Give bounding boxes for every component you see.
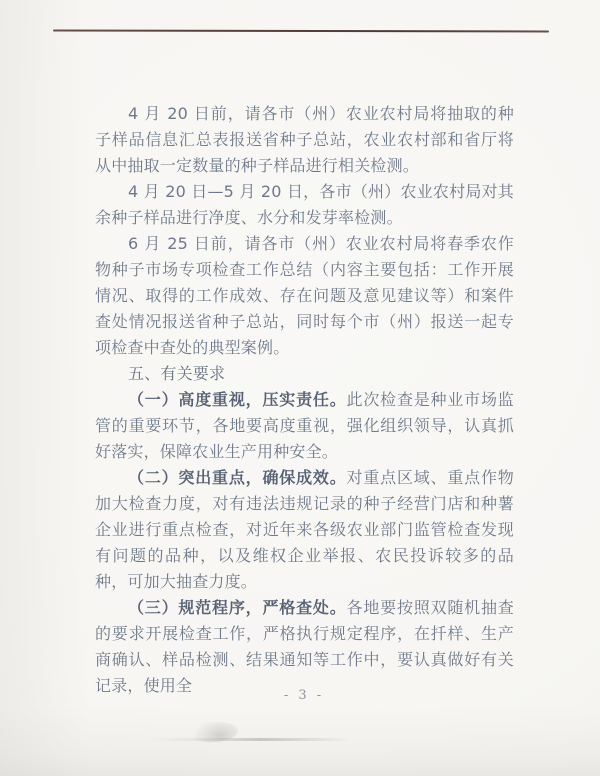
- item-lead: （二）突出重点，确保成效。: [128, 468, 347, 487]
- paragraph: 4 月 20 日前，请各市（州）农业农村局将抽取的种子样品信息汇总表报送省种子总…: [95, 101, 514, 179]
- item-lead: （三）规范程序，严格查处。: [128, 598, 347, 617]
- document-body: 4 月 20 日前，请各市（州）农业农村局将抽取的种子样品信息汇总表报送省种子总…: [95, 101, 514, 699]
- paragraph: （一）高度重视，压实责任。此次检查是种业市场监管的重要环节，各地要高度重视，强化…: [95, 387, 514, 465]
- scan-bottom-shading: [0, 706, 600, 776]
- scan-streak-artifact: [150, 738, 350, 741]
- paragraph: 6 月 25 日前，请各市（州）农业农村局将春季农作物种子市场专项检查工作总结（…: [95, 231, 514, 361]
- item-lead: （一）高度重视，压实责任。: [128, 390, 347, 409]
- paper-edge-line: [53, 29, 549, 32]
- paragraph-text: 6 月 25 日前，请各市（州）农业农村局将春季农作物种子市场专项检查工作总结（…: [95, 234, 514, 357]
- paragraph: （三）规范程序，严格查处。各地要按照双随机抽查的要求开展检查工作，严格执行规定程…: [95, 595, 514, 699]
- scanner-edge-shading: [0, 0, 90, 776]
- paragraph-text: 4 月 20 日前，请各市（州）农业农村局将抽取的种子样品信息汇总表报送省种子总…: [95, 104, 514, 175]
- paragraph: （二）突出重点，确保成效。对重点区域、重点作物加大检查力度，对有违法违规记录的种…: [95, 465, 514, 595]
- page-number: - 3 -: [0, 688, 600, 703]
- paragraph: 4 月 20 日—5 月 20 日，各市（州）农业农村局对其余种子样品进行净度、…: [95, 179, 514, 231]
- section-heading: 五、有关要求: [95, 361, 514, 387]
- scanned-document-page: 4 月 20 日前，请各市（州）农业农村局将抽取的种子样品信息汇总表报送省种子总…: [0, 0, 600, 776]
- paragraph-text: 4 月 20 日—5 月 20 日，各市（州）农业农村局对其余种子样品进行净度、…: [95, 182, 514, 227]
